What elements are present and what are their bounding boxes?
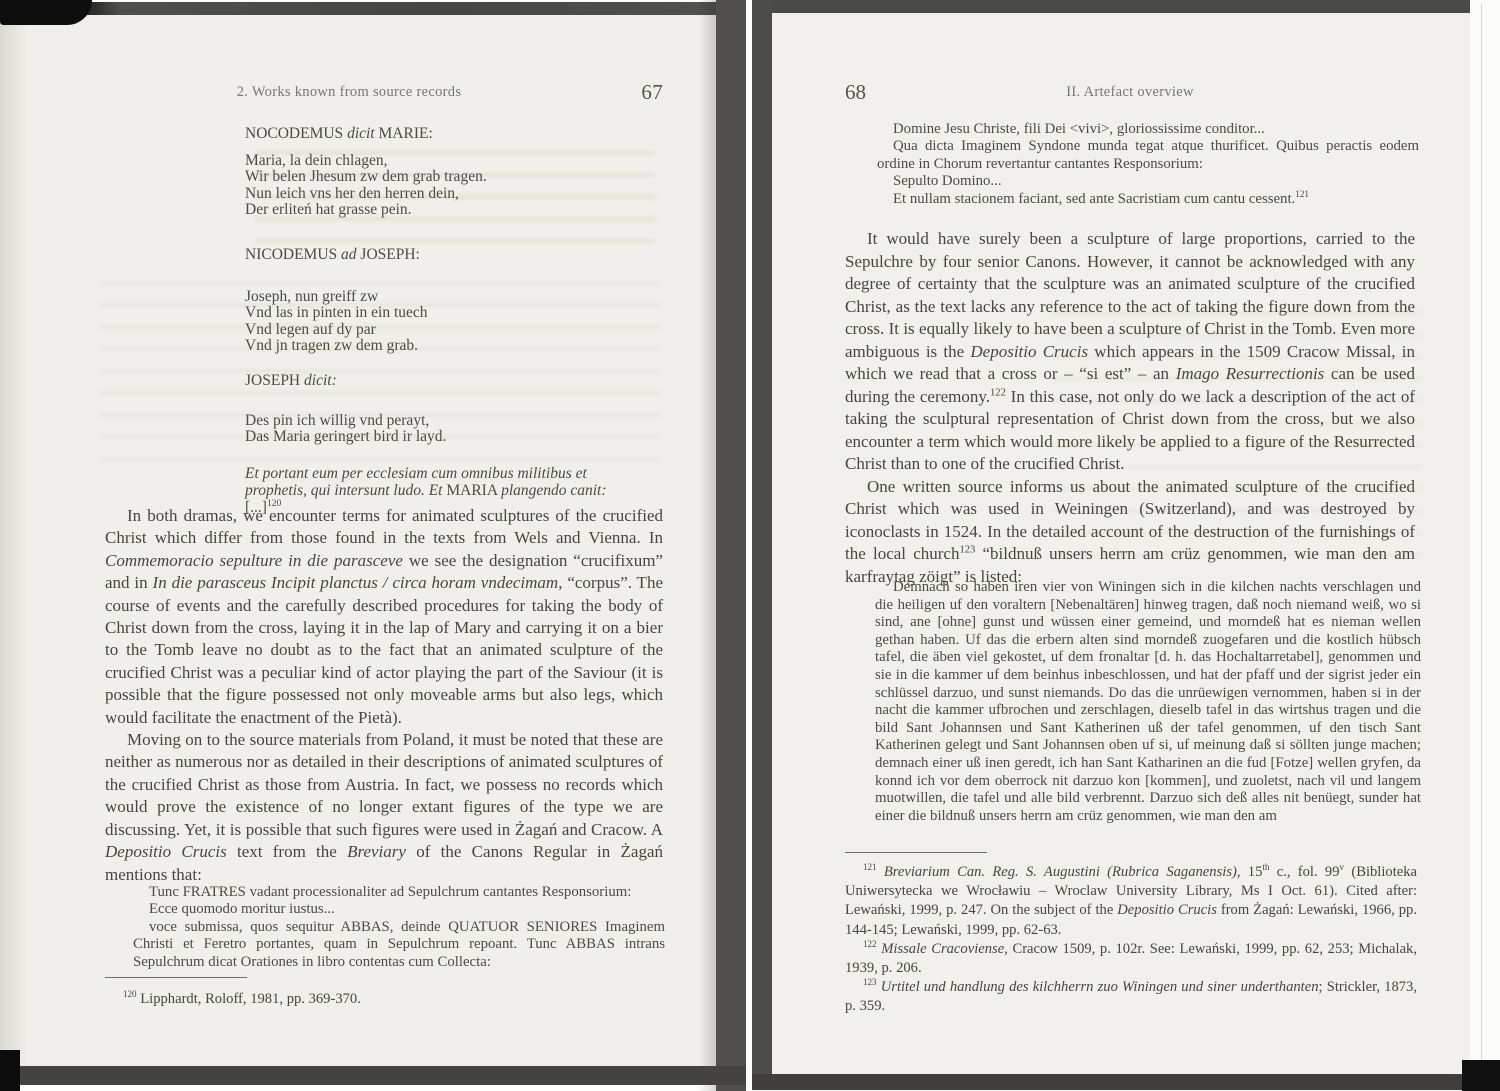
text-segment bbox=[877, 864, 884, 880]
body-paragraph: Moving on to the source materials from P… bbox=[105, 729, 663, 886]
text-line: Vnd legen auf dy par bbox=[245, 322, 669, 338]
text-segment: 121 bbox=[863, 862, 877, 872]
text-segment: Demnach so haben iren vier von Winingen … bbox=[875, 579, 1421, 824]
footnotes: 121 Breviarium Can. Reg. S. Augustini (R… bbox=[845, 863, 1417, 1017]
text-segment: NOCODEMUS bbox=[245, 125, 347, 142]
speaker-heading: NICODEMUS ad JOSEPH: bbox=[245, 247, 669, 263]
speaker-heading: JOSEPH dicit: bbox=[245, 373, 669, 389]
running-head: II. Artefact overview bbox=[845, 84, 1415, 101]
quote-line: Tunc FRATRES vadant processionaliter ad … bbox=[133, 884, 665, 901]
page-gutter-shadow bbox=[698, 0, 716, 1091]
text-segment: JOSEPH bbox=[245, 372, 304, 389]
verse-stanza: Joseph, nun greiff zwVnd las in pinten i… bbox=[245, 289, 669, 354]
footnote: 123 Urtitel und handlung des kilchherrn … bbox=[845, 978, 1417, 1016]
drama-quote: NOCODEMUS dicit MARIE:Maria, la dein chl… bbox=[245, 126, 669, 516]
text-segment: In die parasceus Incipit planctus / circ… bbox=[153, 573, 559, 592]
text-segment: Depositio Crucis bbox=[970, 342, 1088, 361]
quote-line: Ecce quomodo moritur iustus... bbox=[133, 901, 665, 918]
text-segment: , “corpus”. The course of events and the… bbox=[105, 573, 663, 726]
quote-line: Et nullam stacionem faciant, sed ante Sa… bbox=[877, 191, 1419, 208]
text-line: Wir belen Jhesum zw dem grab tragen. bbox=[245, 169, 669, 185]
text-segment: Depositio Crucis bbox=[1117, 902, 1217, 918]
text-segment: MARIE: bbox=[375, 125, 433, 142]
text-segment: Tunc FRATRES vadant processionaliter ad … bbox=[149, 884, 631, 900]
scan-left-edge-shadow bbox=[0, 12, 28, 1066]
text-line: Des pin ich willig vnd perayt, bbox=[245, 413, 669, 429]
footnote: 122 Missale Cracoviense, Cracow 1509, p.… bbox=[845, 940, 1417, 978]
scan-gutter-edge bbox=[716, 0, 746, 1091]
page-68: 68 II. Artefact overview Domine Jesu Chr… bbox=[752, 0, 1500, 1091]
latin-block-quote: Tunc FRATRES vadant processionaliter ad … bbox=[133, 884, 665, 971]
page-67: 2. Works known from source records 67 NO… bbox=[0, 0, 746, 1091]
text-segment: JOSEPH: bbox=[357, 246, 420, 263]
text-segment: Commemoracio sepulture in die parasceve bbox=[105, 551, 403, 570]
scan-top-edge bbox=[752, 0, 1470, 13]
quote-line: Domine Jesu Christe, fili Dei <vivi>, gl… bbox=[877, 121, 1419, 138]
scan-gutter-edge bbox=[752, 0, 772, 1080]
text-segment: text from the bbox=[227, 842, 347, 861]
footnotes: 120 Lipphardt, Roloff, 1981, pp. 369-370… bbox=[105, 990, 663, 1009]
quote-paragraph: Qua dicta Imaginem Syndone munda tegat a… bbox=[877, 138, 1419, 173]
text-segment: dicit bbox=[347, 125, 375, 142]
text-segment: plangendo canit: bbox=[501, 482, 606, 499]
text-segment: 121 bbox=[1295, 189, 1309, 199]
text-segment: Imago Resurrectionis bbox=[1176, 364, 1325, 383]
running-head: 2. Works known from source records bbox=[105, 84, 593, 101]
text-line: Vnd las in pinten in ein tuech bbox=[245, 305, 669, 321]
footnote: 121 Breviarium Can. Reg. S. Augustini (R… bbox=[845, 863, 1417, 940]
text-segment: Breviarium Can. Reg. S. Augustini (Rubri… bbox=[884, 864, 1237, 880]
text-segment: NICODEMUS bbox=[245, 246, 341, 263]
body-paragraph: It would have surely been a sculpture of… bbox=[845, 228, 1415, 476]
text-segment: Urtitel und handlung des kilchherrn zuo … bbox=[881, 979, 1319, 995]
text-segment: 123 bbox=[863, 977, 877, 987]
page-edge-line bbox=[1481, 4, 1482, 1060]
text-segment: Depositio Crucis bbox=[105, 842, 227, 861]
text-segment: ad bbox=[341, 246, 357, 263]
scan-bottom-edge bbox=[0, 1066, 746, 1085]
scan-corner-bottom-left bbox=[0, 1050, 20, 1091]
text-line: Das Maria geringert bird ir layd. bbox=[245, 429, 669, 445]
text-segment: Domine Jesu Christe, fili Dei <vivi>, gl… bbox=[893, 121, 1265, 137]
latin-block-quote: Domine Jesu Christe, fili Dei <vivi>, gl… bbox=[877, 121, 1419, 208]
page-header: 2. Works known from source records 67 bbox=[105, 80, 663, 104]
text-segment: 120 bbox=[123, 989, 137, 999]
text-segment: dicit: bbox=[304, 372, 337, 389]
text-line: Joseph, nun greiff zw bbox=[245, 289, 669, 305]
footnote-separator bbox=[105, 977, 247, 978]
text-line: Der erliteń hat grasse pein. bbox=[245, 202, 669, 218]
text-line: Nun leich vns her den herren dein, bbox=[245, 186, 669, 202]
scan-bottom-edge bbox=[752, 1074, 1466, 1090]
quote-line: Sepulto Domino... bbox=[877, 173, 1419, 190]
text-segment: voce submissa, quos sequitur ABBAS, dein… bbox=[133, 919, 665, 970]
page-number: 67 bbox=[641, 80, 663, 105]
text-segment: c., fol. 99 bbox=[1269, 864, 1339, 880]
scan-top-edge bbox=[0, 2, 746, 15]
body-paragraph: In both dramas, we encounter terms for a… bbox=[105, 505, 663, 729]
scan-corner-bottom-right bbox=[1462, 1060, 1500, 1091]
verse-stanza: Maria, la dein chlagen,Wir belen Jhesum … bbox=[245, 153, 669, 218]
text-segment: Missale Cracoviense bbox=[881, 941, 1004, 957]
text-segment: Qua dicta Imaginem Syndone munda tegat a… bbox=[877, 138, 1419, 171]
text-segment: Sepulto Domino... bbox=[893, 173, 1002, 189]
german-block-quote: Demnach so haben iren vier von Winingen … bbox=[875, 579, 1421, 825]
text-segment: 123 bbox=[959, 544, 975, 555]
quote-paragraph: voce submissa, quos sequitur ABBAS, dein… bbox=[133, 919, 665, 971]
text-segment: Lipphardt, Roloff, 1981, pp. 369-370. bbox=[137, 991, 361, 1007]
speaker-heading: NOCODEMUS dicit MARIE: bbox=[245, 126, 669, 142]
body-text: In both dramas, we encounter terms for a… bbox=[105, 505, 663, 886]
text-segment: 122 bbox=[990, 387, 1006, 398]
footnote-separator bbox=[845, 852, 987, 853]
text-segment: Moving on to the source materials from P… bbox=[105, 730, 663, 839]
body-paragraph: One written source informs us about the … bbox=[845, 476, 1415, 589]
text-line: Maria, la dein chlagen, bbox=[245, 153, 669, 169]
body-text: It would have surely been a sculpture of… bbox=[845, 228, 1415, 588]
verse-stanza: Des pin ich willig vnd perayt,Das Maria … bbox=[245, 413, 669, 445]
text-segment: In both dramas, we encounter terms for a… bbox=[105, 506, 663, 547]
text-line: Vnd jn tragen zw dem grab. bbox=[245, 338, 669, 354]
scan-corner-top-left bbox=[0, 0, 92, 25]
text-segment: Et nullam stacionem faciant, sed ante Sa… bbox=[893, 191, 1295, 207]
footnote: 120 Lipphardt, Roloff, 1981, pp. 369-370… bbox=[105, 990, 663, 1009]
text-segment: , 15 bbox=[1237, 864, 1263, 880]
text-segment: 122 bbox=[863, 939, 877, 949]
text-segment: Breviary bbox=[347, 842, 406, 861]
text-segment: MARIA bbox=[442, 482, 501, 499]
book-spread-scan: 2. Works known from source records 67 NO… bbox=[0, 0, 1500, 1091]
text-segment: Ecce quomodo moritur iustus... bbox=[149, 901, 335, 917]
